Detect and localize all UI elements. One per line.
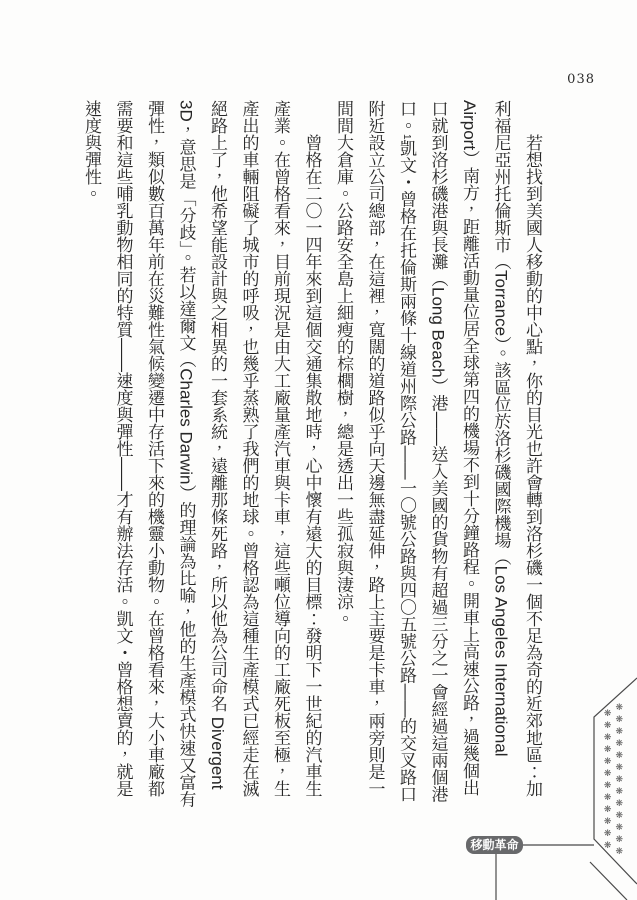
chapter-tab-label: 移動革命 xyxy=(470,839,518,851)
ornament-bottom-diagonal xyxy=(590,862,627,900)
asterisk-icon: ❋ xyxy=(604,719,612,731)
asterisk-icon: ❋ xyxy=(615,797,623,809)
asterisk-icon: ❋ xyxy=(604,707,612,719)
text-run: 曾格在二〇一四年來到這個交通集散地時，心中懷有遠大的目標：發明下一世紀的汽車生產… xyxy=(82,100,322,807)
asterisk-icon: ❋ xyxy=(615,737,623,749)
asterisk-column: ❋❋❋❋❋❋❋❋❋❋❋❋ xyxy=(604,707,612,857)
asterisk-icon: ❋ xyxy=(604,791,612,803)
asterisk-icon: ❋ xyxy=(615,785,623,797)
chapter-tab: 移動革命 xyxy=(466,836,523,854)
asterisk-icon: ❋ xyxy=(604,755,612,767)
text-run: 凱文・曾格在托倫斯兩條十線道州際公路——一〇號公路與四〇五號公路——的交叉路口附… xyxy=(334,100,416,803)
page-number: 038 xyxy=(567,72,595,87)
asterisk-icon: ❋ xyxy=(604,743,612,755)
asterisk-icon: ❋ xyxy=(604,767,612,779)
paragraph: 若想找到美國人移動的中心點，你的目光也許會轉到洛杉磯一個不足為奇的近郊地區：加利… xyxy=(328,100,549,812)
asterisk-icon: ❋ xyxy=(604,839,612,851)
asterisk-icon: ❋ xyxy=(615,761,623,773)
body-text: 若想找到美國人移動的中心點，你的目光也許會轉到洛杉磯一個不足為奇的近郊地區：加利… xyxy=(76,100,549,812)
asterisk-icon: ❋ xyxy=(615,713,623,725)
asterisk-icon: ❋ xyxy=(604,803,612,815)
asterisk-icon: ❋ xyxy=(604,779,612,791)
paragraph: 曾格在二〇一四年來到這個交通集散地時，心中懷有遠大的目標：發明下一世紀的汽車生產… xyxy=(76,100,328,812)
book-page: 038 若想找到美國人移動的中心點，你的目光也許會轉到洛杉磯一個不足為奇的近郊地… xyxy=(0,0,637,900)
asterisk-icon: ❋ xyxy=(604,815,612,827)
asterisk-icon: ❋ xyxy=(604,731,612,743)
asterisk-icon: ❋ xyxy=(615,749,623,761)
asterisk-icon: ❋ xyxy=(615,809,623,821)
asterisk-icon: ❋ xyxy=(615,833,623,845)
asterisk-icon: ❋ xyxy=(615,725,623,737)
asterisk-icon: ❋ xyxy=(615,701,623,713)
text-run: 若想找到美國人移動的中心點，你的目光也許會轉到洛杉磯一個不足為奇的近郊地區：加利… xyxy=(397,100,542,803)
asterisk-icon: ❋ xyxy=(615,821,623,833)
ornament-asterisks: ❋❋❋❋❋❋❋❋❋❋❋❋❋❋❋❋❋❋❋❋❋❋❋❋❋ xyxy=(604,701,623,857)
asterisk-icon: ❋ xyxy=(615,773,623,785)
asterisk-icon: ❋ xyxy=(615,845,623,857)
asterisk-column: ❋❋❋❋❋❋❋❋❋❋❋❋❋ xyxy=(615,701,623,857)
asterisk-icon: ❋ xyxy=(604,827,612,839)
